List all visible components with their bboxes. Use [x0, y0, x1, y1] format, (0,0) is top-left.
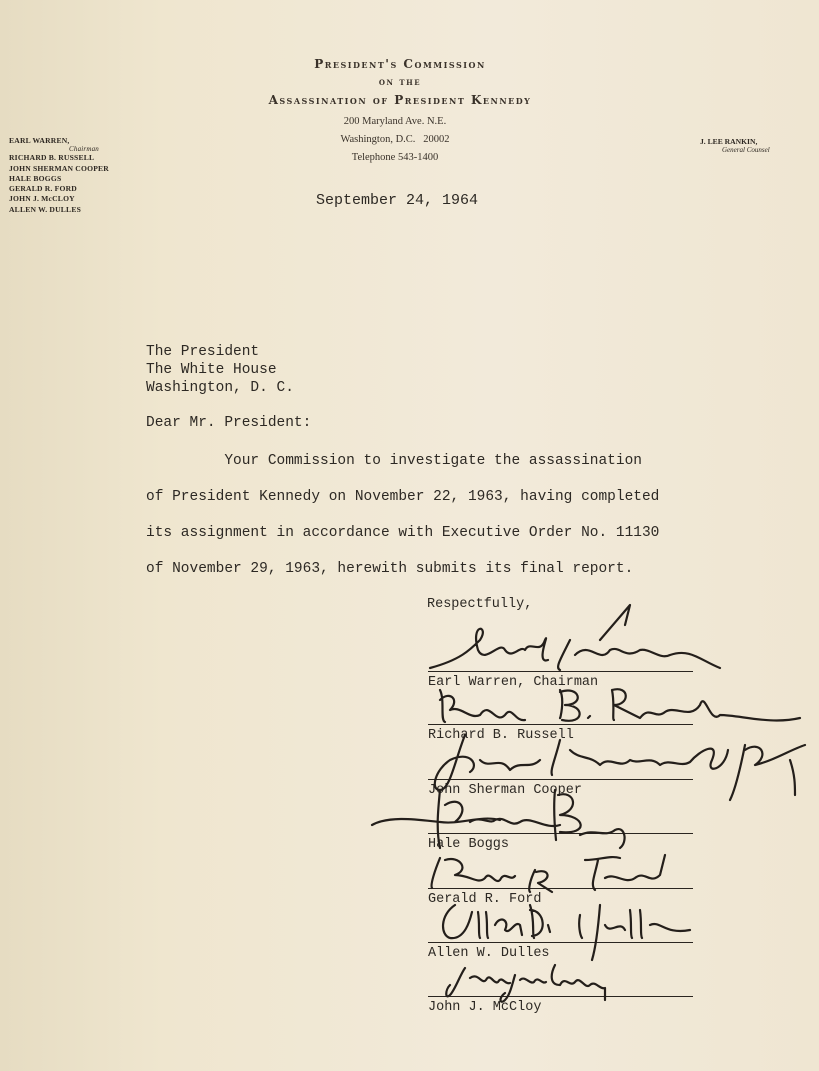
member: GERALD R. FORD	[9, 184, 109, 194]
letterhead-city: Washington, D.C. 20002	[0, 134, 790, 145]
body-line: of November 29, 1963, herewith submits i…	[146, 561, 633, 577]
signature-line	[428, 888, 693, 889]
signatory-name: Richard B. Russell	[428, 728, 574, 743]
recipient-line: The President	[146, 343, 294, 361]
closing: Respectfully,	[427, 597, 532, 612]
letter-date: September 24, 1964	[316, 192, 478, 209]
signature-line	[428, 833, 693, 834]
letterhead-assassination: Assassination of President Kennedy	[0, 93, 800, 107]
body-line: Your Commission to investigate the assas…	[146, 453, 642, 469]
signatory-name: Allen W. Dulles	[428, 946, 550, 961]
member: ALLEN W. DULLES	[9, 205, 109, 215]
signature-line	[428, 724, 693, 725]
letterhead-street-address: 200 Maryland Ave. N.E.	[0, 116, 790, 127]
letterhead-on-the: on the	[0, 77, 800, 88]
signature-ford	[432, 855, 665, 892]
body-line: of President Kennedy on November 22, 196…	[146, 489, 659, 505]
body-line: its assignment in accordance with Execut…	[146, 525, 659, 541]
signatory-name: John Sherman Cooper	[428, 783, 582, 798]
signatory-name: Hale Boggs	[428, 837, 509, 852]
commission-members: EARL WARREN, Chairman RICHARD B. RUSSELL…	[9, 136, 109, 215]
counsel-role: General Counsel	[700, 146, 770, 155]
member: HALE BOGGS	[9, 174, 109, 184]
member: JOHN SHERMAN COOPER	[9, 164, 109, 174]
general-counsel: J. LEE RANKIN, General Counsel	[700, 137, 770, 155]
member: JOHN J. McCLOY	[9, 194, 109, 204]
salutation: Dear Mr. President:	[146, 415, 311, 431]
letterhead-commission-name: President's Commission	[0, 57, 800, 71]
letterhead-telephone: Telephone 543-1400	[0, 152, 790, 163]
recipient-line: The White House	[146, 361, 294, 379]
member-chairman-role: Chairman	[9, 146, 109, 153]
signature-line	[428, 942, 693, 943]
signatory-name: John J. McCloy	[428, 1000, 541, 1015]
recipient-address: The President The White House Washington…	[146, 343, 294, 397]
signature-russell	[440, 689, 800, 722]
member: RICHARD B. RUSSELL	[9, 153, 109, 163]
signature-warren	[430, 605, 720, 670]
signatory-name: Gerald R. Ford	[428, 892, 541, 907]
recipient-line: Washington, D. C.	[146, 379, 294, 397]
signature-line	[428, 671, 693, 672]
counsel-name: J. LEE RANKIN,	[700, 137, 770, 146]
signature-line	[428, 996, 693, 997]
signature-line	[428, 779, 693, 780]
signatory-name: Earl Warren, Chairman	[428, 675, 598, 690]
